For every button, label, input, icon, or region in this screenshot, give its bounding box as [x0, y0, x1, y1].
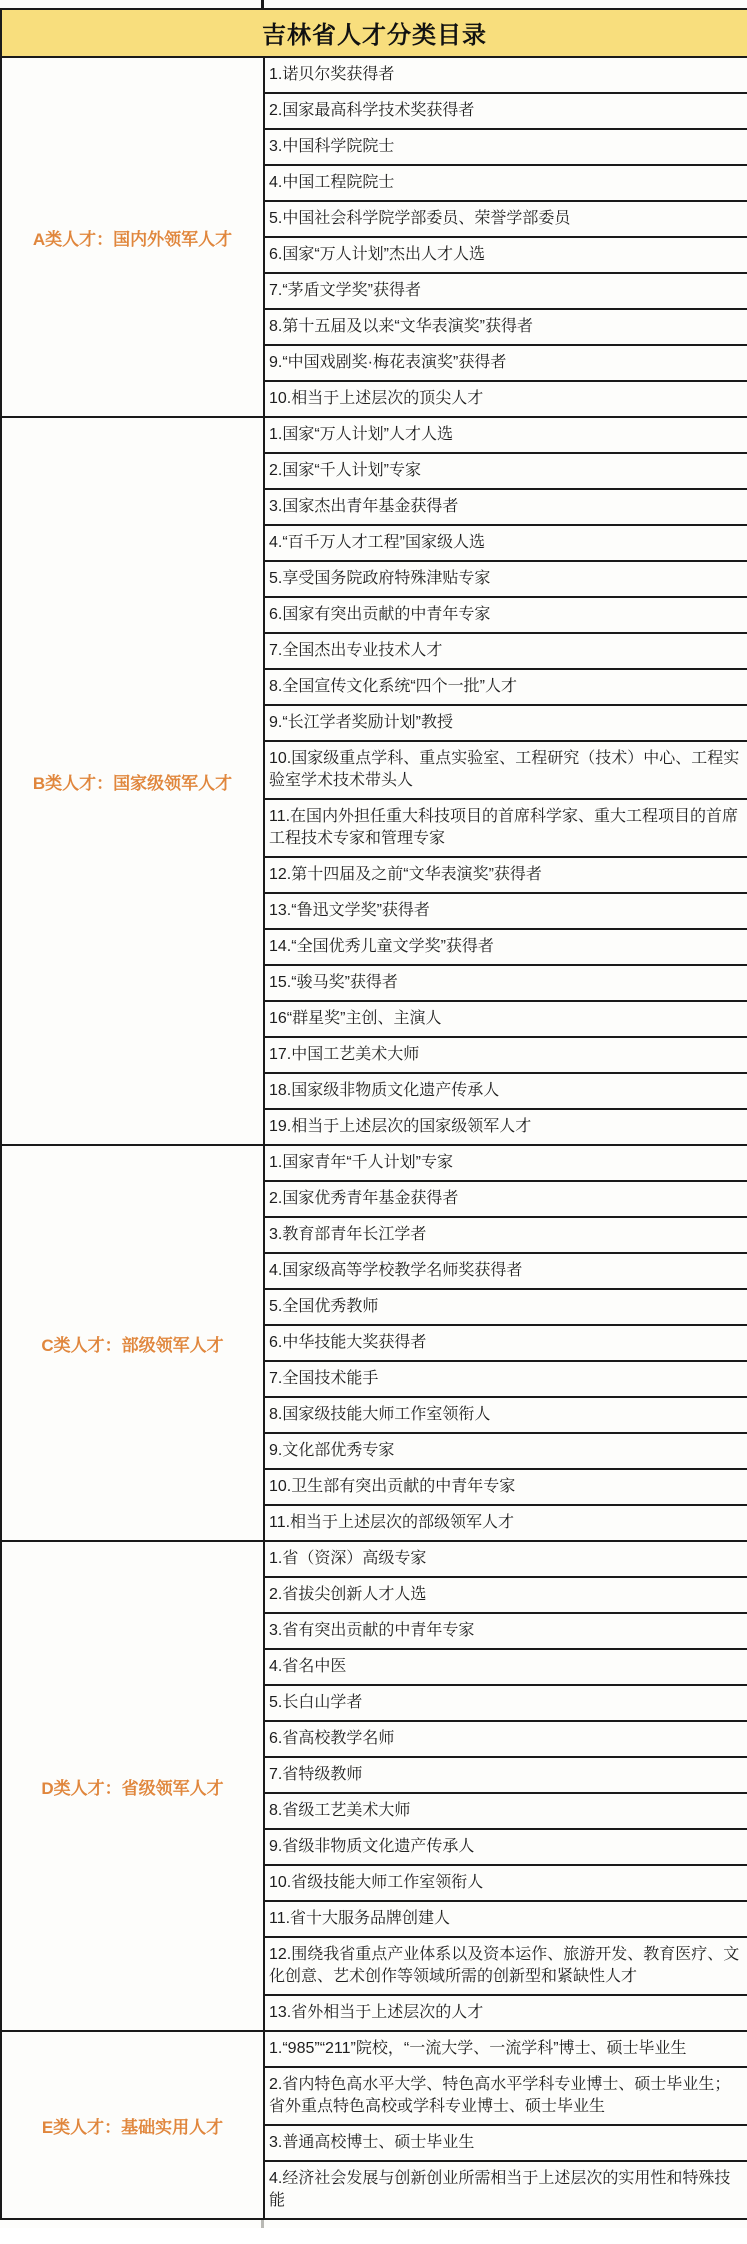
item-cell: 19.相当于上述层次的国家级领军人才: [264, 1109, 747, 1145]
item-cell: 7.全国杰出专业技术人才: [264, 633, 747, 669]
category-cell-C: C类人才：部级领军人才: [1, 1145, 264, 1541]
item-cell: 17.中国工艺美术大师: [264, 1037, 747, 1073]
item-cell: 8.省级工艺美术大师: [264, 1793, 747, 1829]
item-cell: 11.省十大服务品牌创建人: [264, 1901, 747, 1937]
bottom-crop-strip: [0, 2220, 747, 2228]
category-label: A类人才：国内外领军人才: [33, 230, 232, 249]
item-cell: 3.国家杰出青年基金获得者: [264, 489, 747, 525]
item-cell: 2.国家“千人计划”专家: [264, 453, 747, 489]
item-cell: 10.卫生部有突出贡献的中青年专家: [264, 1469, 747, 1505]
item-row: A类人才：国内外领军人才1.诺贝尔奖获得者: [1, 57, 747, 93]
top-crop-strip: [0, 0, 747, 8]
talent-classification-table: 吉林省人才分类目录 A类人才：国内外领军人才1.诺贝尔奖获得者2.国家最高科学技…: [0, 8, 747, 2220]
item-cell: 16“群星奖”主创、主演人: [264, 1001, 747, 1037]
item-cell: 15.“骏马奖”获得者: [264, 965, 747, 1001]
item-cell: 8.国家级技能大师工作室领衔人: [264, 1397, 747, 1433]
item-cell: 7.全国技术能手: [264, 1361, 747, 1397]
item-cell: 13.省外相当于上述层次的人才: [264, 1995, 747, 2031]
item-cell: 10.省级技能大师工作室领衔人: [264, 1865, 747, 1901]
item-cell: 6.省高校教学名师: [264, 1721, 747, 1757]
item-cell: 18.国家级非物质文化遗产传承人: [264, 1073, 747, 1109]
category-cell-A: A类人才：国内外领军人才: [1, 57, 264, 417]
category-cell-B: B类人才：国家级领军人才: [1, 417, 264, 1145]
item-cell: 9.省级非物质文化遗产传承人: [264, 1829, 747, 1865]
item-row: E类人才：基础实用人才1.“985”“211”院校，“一流大学、一流学科”博士、…: [1, 2031, 747, 2067]
item-cell: 13.“鲁迅文学奖”获得者: [264, 893, 747, 929]
item-cell: 9.文化部优秀专家: [264, 1433, 747, 1469]
item-cell: 3.省有突出贡献的中青年专家: [264, 1613, 747, 1649]
talent-catalog-page: 吉林省人才分类目录 A类人才：国内外领军人才1.诺贝尔奖获得者2.国家最高科学技…: [0, 0, 747, 2228]
item-cell: 1.国家“万人计划”人才人选: [264, 417, 747, 453]
item-cell: 10.国家级重点学科、重点实验室、工程研究（技术）中心、工程实验室学术技术带头人: [264, 741, 747, 799]
item-cell: 9.“中国戏剧奖·梅花表演奖”获得者: [264, 345, 747, 381]
item-cell: 12.围绕我省重点产业体系以及资本运作、旅游开发、教育医疗、文化创意、艺术创作等…: [264, 1937, 747, 1995]
item-row: D类人才：省级领军人才1.省（资深）高级专家: [1, 1541, 747, 1577]
item-cell: 10.相当于上述层次的顶尖人才: [264, 381, 747, 417]
item-cell: 4.经济社会发展与创新创业所需相当于上述层次的实用性和特殊技能: [264, 2161, 747, 2219]
item-cell: 8.第十五届及以来“文华表演奖”获得者: [264, 309, 747, 345]
item-cell: 5.全国优秀教师: [264, 1289, 747, 1325]
column-divider-remnant-bottom: [261, 2220, 264, 2228]
category-label: D类人才：省级领军人才: [41, 1779, 223, 1798]
item-row: B类人才：国家级领军人才1.国家“万人计划”人才人选: [1, 417, 747, 453]
category-label: C类人才：部级领军人才: [41, 1336, 223, 1355]
item-cell: 2.国家优秀青年基金获得者: [264, 1181, 747, 1217]
item-cell: 2.省拔尖创新人才人选: [264, 1577, 747, 1613]
category-cell-D: D类人才：省级领军人才: [1, 1541, 264, 2031]
item-cell: 3.普通高校博士、硕士毕业生: [264, 2125, 747, 2161]
item-cell: 6.国家“万人计划”杰出人才人选: [264, 237, 747, 273]
item-cell: 3.教育部青年长江学者: [264, 1217, 747, 1253]
item-cell: 7.省特级教师: [264, 1757, 747, 1793]
item-cell: 5.享受国务院政府特殊津贴专家: [264, 561, 747, 597]
title-row: 吉林省人才分类目录: [1, 9, 747, 57]
item-cell: 3.中国科学院院士: [264, 129, 747, 165]
page-title: 吉林省人才分类目录: [1, 9, 747, 57]
item-cell: 4.省名中医: [264, 1649, 747, 1685]
item-cell: 7.“茅盾文学奖”获得者: [264, 273, 747, 309]
item-cell: 12.第十四届及之前“文华表演奖”获得者: [264, 857, 747, 893]
item-cell: 5.中国社会科学院学部委员、荣誉学部委员: [264, 201, 747, 237]
item-cell: 14.“全国优秀儿童文学奖”获得者: [264, 929, 747, 965]
item-cell: 1.省（资深）高级专家: [264, 1541, 747, 1577]
item-cell: 11.在国内外担任重大科技项目的首席科学家、重大工程项目的首席工程技术专家和管理…: [264, 799, 747, 857]
item-cell: 6.国家有突出贡献的中青年专家: [264, 597, 747, 633]
item-row: C类人才：部级领军人才1.国家青年“千人计划”专家: [1, 1145, 747, 1181]
category-label: B类人才：国家级领军人才: [33, 774, 232, 793]
category-label: E类人才：基础实用人才: [42, 2118, 223, 2137]
item-cell: 6.中华技能大奖获得者: [264, 1325, 747, 1361]
item-cell: 1.诺贝尔奖获得者: [264, 57, 747, 93]
item-cell: 5.长白山学者: [264, 1685, 747, 1721]
column-divider-remnant-top: [261, 0, 264, 8]
table-body: A类人才：国内外领军人才1.诺贝尔奖获得者2.国家最高科学技术奖获得者3.中国科…: [1, 57, 747, 2219]
item-cell: 2.国家最高科学技术奖获得者: [264, 93, 747, 129]
category-cell-E: E类人才：基础实用人才: [1, 2031, 264, 2219]
item-cell: 4.国家级高等学校教学名师奖获得者: [264, 1253, 747, 1289]
item-cell: 9.“长江学者奖励计划”教授: [264, 705, 747, 741]
item-cell: 8.全国宣传文化系统“四个一批”人才: [264, 669, 747, 705]
item-cell: 2.省内特色高水平大学、特色高水平学科专业博士、硕士毕业生；省外重点特色高校或学…: [264, 2067, 747, 2125]
item-cell: 4.中国工程院院士: [264, 165, 747, 201]
item-cell: 4.“百千万人才工程”国家级人选: [264, 525, 747, 561]
item-cell: 1.“985”“211”院校，“一流大学、一流学科”博士、硕士毕业生: [264, 2031, 747, 2067]
item-cell: 1.国家青年“千人计划”专家: [264, 1145, 747, 1181]
item-cell: 11.相当于上述层次的部级领军人才: [264, 1505, 747, 1541]
